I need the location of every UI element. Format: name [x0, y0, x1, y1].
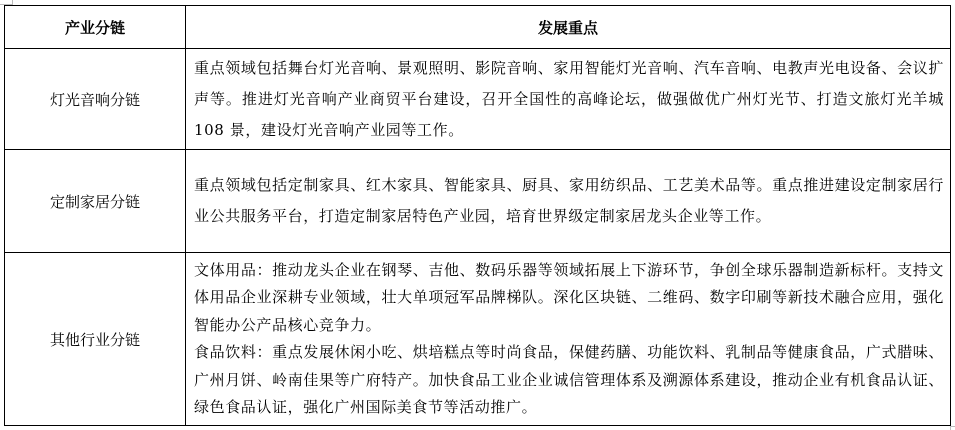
chain-focus: 重点领域包括舞台灯光音响、景观照明、影院音响、家用智能灯光音响、汽车音响、电教声… — [186, 49, 951, 150]
chain-name: 其他行业分链 — [5, 253, 186, 426]
focus-paragraph: 重点领域包括定制家具、红木家具、智能家具、厨具、家用纺织品、工艺美术品等。重点推… — [194, 170, 944, 232]
page-corner-mark — [950, 426, 955, 430]
chain-name: 定制家居分链 — [5, 150, 186, 253]
table-row: 灯光音响分链 重点领域包括舞台灯光音响、景观照明、影院音响、家用智能灯光音响、汽… — [5, 49, 951, 150]
industry-chain-table: 产业分链 发展重点 灯光音响分链 重点领域包括舞台灯光音响、景观照明、影院音响、… — [4, 5, 951, 426]
table-row: 定制家居分链 重点领域包括定制家具、红木家具、智能家具、厨具、家用纺织品、工艺美… — [5, 150, 951, 253]
focus-paragraph-stationery: 文体用品：推动龙头企业在钢琴、吉他、数码乐器等领域拓展上下游环节，争创全球乐器制… — [194, 257, 944, 340]
focus-paragraph-food: 食品饮料：重点发展休闲小吃、烘培糕点等时尚食品，保健药膳、功能饮料、乳制品等健康… — [194, 339, 944, 422]
table-row: 其他行业分链 文体用品：推动龙头企业在钢琴、吉他、数码乐器等领域拓展上下游环节，… — [5, 253, 951, 426]
chain-name: 灯光音响分链 — [5, 49, 186, 150]
table-header-row: 产业分链 发展重点 — [5, 6, 951, 49]
header-focus: 发展重点 — [186, 6, 951, 49]
focus-paragraph: 重点领域包括舞台灯光音响、景观照明、影院音响、家用智能灯光音响、汽车音响、电教声… — [194, 53, 944, 146]
chain-focus: 文体用品：推动龙头企业在钢琴、吉他、数码乐器等领域拓展上下游环节，争创全球乐器制… — [186, 253, 951, 426]
chain-focus: 重点领域包括定制家具、红木家具、智能家具、厨具、家用纺织品、工艺美术品等。重点推… — [186, 150, 951, 253]
header-chain: 产业分链 — [5, 6, 186, 49]
